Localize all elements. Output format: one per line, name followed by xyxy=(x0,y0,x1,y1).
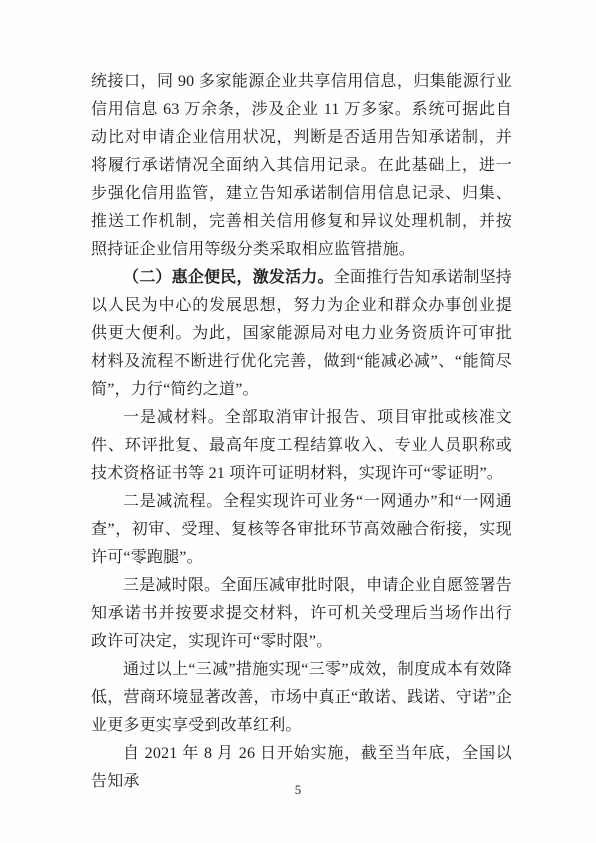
paragraph-summary: 通过以上“三减”措施实现“三零”成效，制度成本有效降低，营商环境显著改善，市场中… xyxy=(91,656,512,740)
paragraph-item-3: 三是减时限。全面压减审批时限，申请企业自愿签署告知承诺书并按要求提交材料，许可机… xyxy=(91,572,512,656)
paragraph-item-1: 一是减材料。全部取消审计报告、项目审批或核准文件、环评批复、最高年度工程结算收入… xyxy=(91,404,512,488)
paragraph-section-2: （二）惠企便民，激发活力。全面推行告知承诺制坚持以人民为中心的发展思想，努力为企… xyxy=(91,264,512,404)
page-number: 5 xyxy=(0,782,596,798)
paragraph-item-2: 二是减流程。全程实现许可业务“一网通办”和“一网通查”，初审、受理、复核等各审批… xyxy=(91,488,512,572)
paragraph-text: 全面推行告知承诺制坚持以人民为中心的发展思想，努力为企业和群众办事创业提供更大便… xyxy=(91,269,512,398)
paragraph-continuation: 统接口，同 90 多家能源企业共享信用信息，归集能源行业信用信息 63 万余条，… xyxy=(91,68,512,264)
document-page: 统接口，同 90 多家能源企业共享信用信息，归集能源行业信用信息 63 万余条，… xyxy=(0,0,596,843)
page-body-text: 统接口，同 90 多家能源企业共享信用信息，归集能源行业信用信息 63 万余条，… xyxy=(91,68,512,796)
section-heading: （二）惠企便民，激发活力。 xyxy=(123,269,334,286)
